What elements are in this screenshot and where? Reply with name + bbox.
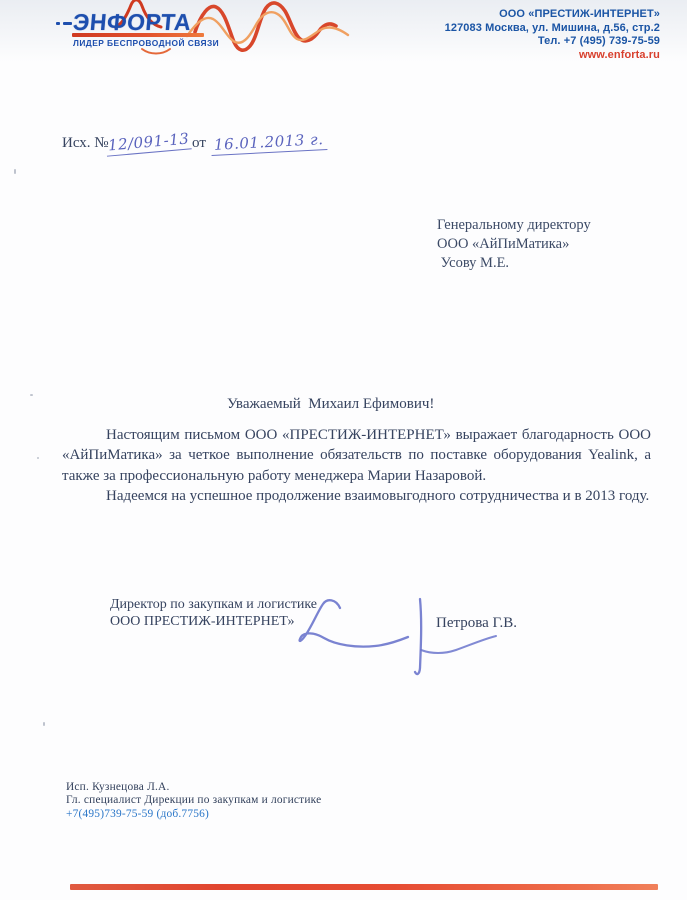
signer-position-line2: ООО ПРЕСТИЖ-ИНТЕРНЕТ» xyxy=(110,614,317,631)
scan-artifact xyxy=(37,457,39,459)
company-info-block: ООО «ПРЕСТИЖ-ИНТЕРНЕТ» 127083 Москва, ул… xyxy=(445,8,660,62)
executor-title: Гл. специалист Дирекции по закупкам и ло… xyxy=(66,794,321,807)
scan-artifact xyxy=(43,722,45,726)
company-address: 127083 Москва, ул. Мишина, д.56, стр.2 xyxy=(445,22,660,36)
logo-tagline: ЛИДЕР БЕСПРОВОДНОЙ СВЯЗИ xyxy=(73,38,219,48)
reference-line: Исх. № 12/091-13 от 16.01.2013 г. xyxy=(62,133,326,153)
body-paragraph-2: Надеемся на успешное продолжение взаимов… xyxy=(62,486,651,506)
scan-artifact xyxy=(14,169,16,174)
letter-body: Настоящим письмом ООО «ПРЕСТИЖ-ИНТЕРНЕТ»… xyxy=(62,425,651,506)
body-paragraph-1: Настоящим письмом ООО «ПРЕСТИЖ-ИНТЕРНЕТ»… xyxy=(62,425,651,486)
addressee-block: Генеральному директору ООО «АйПиМатика» … xyxy=(437,216,591,272)
logo-dash-icon xyxy=(56,22,60,25)
executor-name: Исп. Кузнецова Л.А. xyxy=(66,781,321,794)
addressee-person: Усову М.Е. xyxy=(437,254,591,273)
logo-underline-bar xyxy=(72,33,204,37)
executor-block: Исп. Кузнецова Л.А. Гл. специалист Дирек… xyxy=(66,781,321,821)
company-name: ООО «ПРЕСТИЖ-ИНТЕРНЕТ» xyxy=(445,8,660,22)
signer-name: Петрова Г.В. xyxy=(436,615,517,632)
handwritten-ref-date: 16.01.2013 г. xyxy=(210,130,326,156)
footer-accent-bar xyxy=(70,884,658,890)
addressee-title: Генеральному директору xyxy=(437,216,591,235)
signer-position-block: Директор по закупкам и логистике ООО ПРЕ… xyxy=(110,597,317,631)
signer-position-line1: Директор по закупкам и логистике xyxy=(110,597,317,614)
addressee-company: ООО «АйПиМатика» xyxy=(437,235,591,254)
company-phone: Тел. +7 (495) 739-75-59 xyxy=(445,35,660,49)
logo-brand-text: ЭНФОРТА xyxy=(72,9,193,36)
scan-artifact xyxy=(30,394,33,396)
executor-phone: +7(495)739-75-59 (доб.7756) xyxy=(66,808,321,821)
ref-from-label: от xyxy=(192,135,206,152)
scanned-letter-page: ЭНФОРТА ЛИДЕР БЕСПРОВОДНОЙ СВЯЗИ ООО «ПР… xyxy=(0,0,687,900)
handwritten-ref-number: 12/091-13 xyxy=(105,129,192,156)
company-website: www.enforta.ru xyxy=(445,49,660,63)
logo-dash-icon xyxy=(63,22,72,25)
salutation: Уважаемый Михаил Ефимович! xyxy=(227,396,434,413)
handwritten-signature xyxy=(290,592,505,687)
ref-number-label: Исх. № xyxy=(62,135,109,152)
